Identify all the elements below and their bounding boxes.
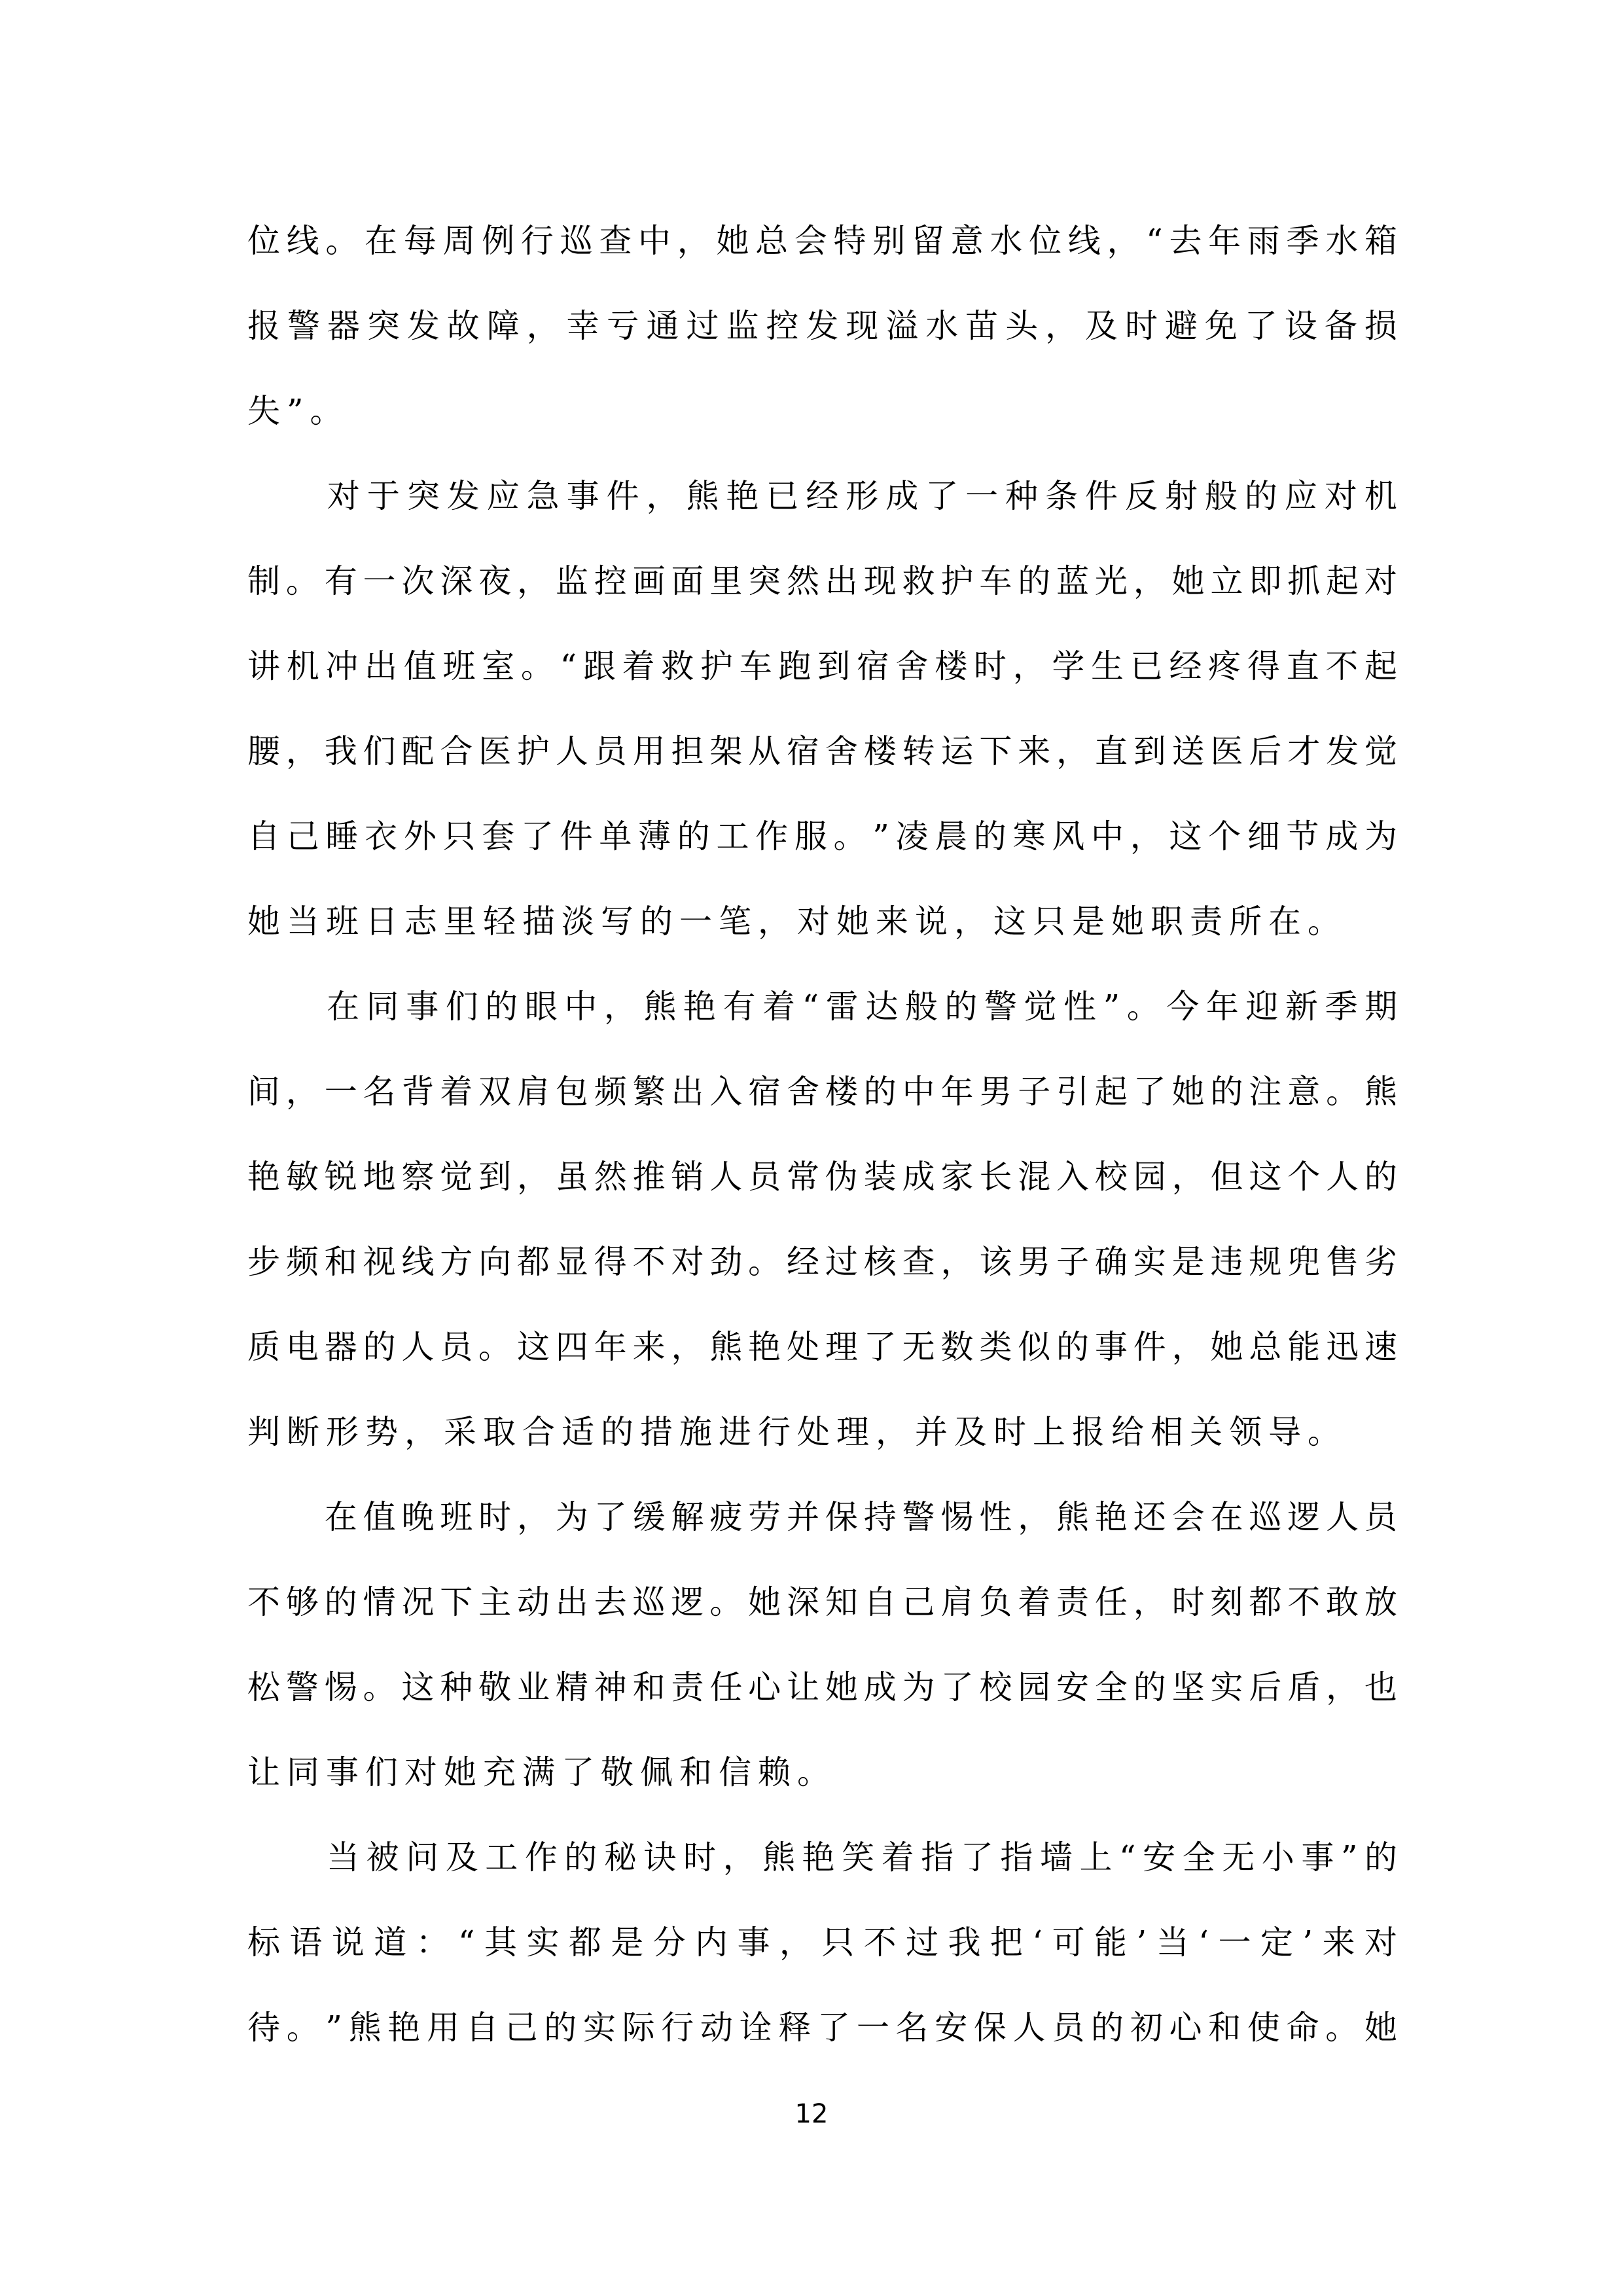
text-line: 位线。在每周例行巡查中，她总会特别留意水位线，“去年雨季水箱 [247,198,1397,283]
text-line: 步频和视线方向都显得不对劲。经过核查，该男子确实是违规兜售劣 [247,1219,1397,1304]
text-line: 间，一名背着双肩包频繁出入宿舍楼的中年男子引起了她的注意。熊 [247,1049,1397,1134]
text-line: 判断形势，采取合适的措施进行处理，并及时上报给相关领导。 [247,1390,1397,1475]
text-line: 让同事们对她充满了敬佩和信赖。 [247,1730,1397,1815]
text-line: 讲机冲出值班室。“跟着救护车跑到宿舍楼时，学生已经疼得直不起 [247,624,1397,709]
text-line: 报警器突发故障，幸亏通过监控发现溢水苗头，及时避免了设备损 [247,283,1397,368]
text-line: 松警惕。这种敬业精神和责任心让她成为了校园安全的坚实后盾，也 [247,1645,1397,1730]
document-page: 位线。在每周例行巡查中，她总会特别留意水位线，“去年雨季水箱报警器突发故障，幸亏… [0,0,1623,2296]
text-line: 自己睡衣外只套了件单薄的工作服。”凌晨的寒风中，这个细节成为 [247,794,1397,879]
text-line: 标语说道：“其实都是分内事，只不过我把‘可能’当‘一定’来对 [247,1900,1397,1985]
text-line: 制。有一次深夜，监控画面里突然出现救护车的蓝光，她立即抓起对 [247,539,1397,624]
text-line: 她当班日志里轻描淡写的一笔，对她来说，这只是她职责所在。 [247,879,1397,964]
text-line: 腰，我们配合医护人员用担架从宿舍楼转运下来，直到送医后才发觉 [247,709,1397,794]
text-line: 在同事们的眼中，熊艳有着“雷达般的警觉性”。今年迎新季期 [247,964,1397,1049]
text-line: 质电器的人员。这四年来，熊艳处理了无数类似的事件，她总能迅速 [247,1304,1397,1390]
text-line: 不够的情况下主动出去巡逻。她深知自己肩负着责任，时刻都不敢放 [247,1560,1397,1645]
text-line: 在值晚班时，为了缓解疲劳并保持警惕性，熊艳还会在巡逻人员 [247,1475,1397,1560]
text-block: 位线。在每周例行巡查中，她总会特别留意水位线，“去年雨季水箱报警器突发故障，幸亏… [247,198,1397,2070]
page-number: 12 [0,2098,1623,2130]
text-line: 失”。 [247,368,1397,454]
text-line: 对于突发应急事件，熊艳已经形成了一种条件反射般的应对机 [247,454,1397,539]
text-line: 当被问及工作的秘诀时，熊艳笑着指了指墙上“安全无小事”的 [247,1815,1397,1900]
text-line: 待。”熊艳用自己的实际行动诠释了一名安保人员的初心和使命。她 [247,1985,1397,2070]
text-line: 艳敏锐地察觉到，虽然推销人员常伪装成家长混入校园，但这个人的 [247,1134,1397,1219]
